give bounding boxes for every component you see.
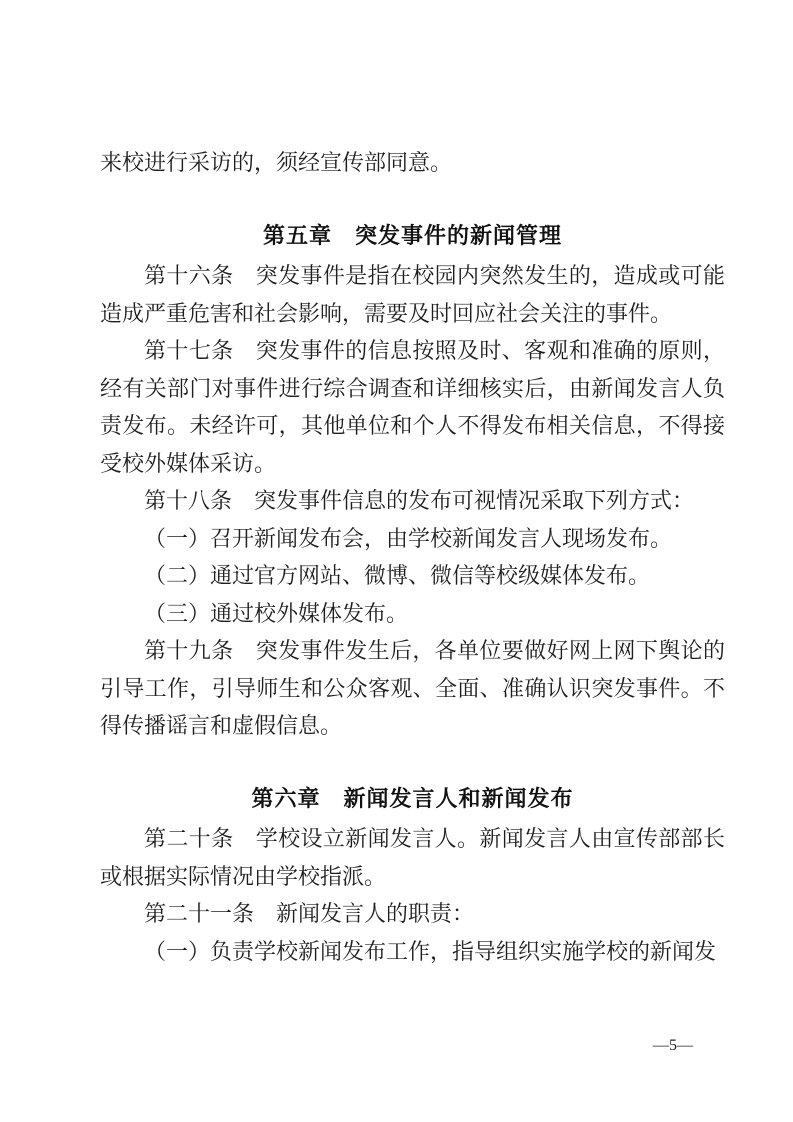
- chapter-6-heading: 第六章 新闻发言人和新闻发布: [100, 780, 725, 818]
- article-18-paragraph: 第十八条 突发事件信息的发布可视情况采取下列方式：: [100, 482, 725, 520]
- article-18-item-2: （二）通过官方网站、微博、微信等校级媒体发布。: [100, 557, 725, 595]
- article-19-paragraph: 第十九条 突发事件发生后，各单位要做好网上网下舆论的引导工作，引导师生和公众客观…: [100, 632, 725, 745]
- article-20-paragraph: 第二十条 学校设立新闻发言人。新闻发言人由宣传部部长或根据实际情况由学校指派。: [100, 820, 725, 895]
- article-21-paragraph: 第二十一条 新闻发言人的职责：: [100, 895, 725, 933]
- article-17-paragraph: 第十七条 突发事件的信息按照及时、客观和准确的原则，经有关部门对事件进行综合调查…: [100, 332, 725, 482]
- chapter-5-heading: 第五章 突发事件的新闻管理: [100, 217, 725, 255]
- article-16-paragraph: 第十六条 突发事件是指在校园内突然发生的，造成或可能造成严重危害和社会影响，需要…: [100, 257, 725, 332]
- paragraph-continuation: 来校进行采访的，须经宣传部同意。: [100, 144, 725, 182]
- article-18-item-3: （三）通过校外媒体发布。: [100, 595, 725, 633]
- article-18-item-1: （一）召开新闻发布会，由学校新闻发言人现场发布。: [100, 520, 725, 558]
- article-21-item-1: （一）负责学校新闻发布工作，指导组织实施学校的新闻发: [100, 933, 725, 971]
- page-number: —5—: [653, 1036, 693, 1056]
- page: 来校进行采访的，须经宣传部同意。 第五章 突发事件的新闻管理 第十六条 突发事件…: [0, 0, 793, 1122]
- document-body: 来校进行采访的，须经宣传部同意。 第五章 突发事件的新闻管理 第十六条 突发事件…: [100, 144, 725, 970]
